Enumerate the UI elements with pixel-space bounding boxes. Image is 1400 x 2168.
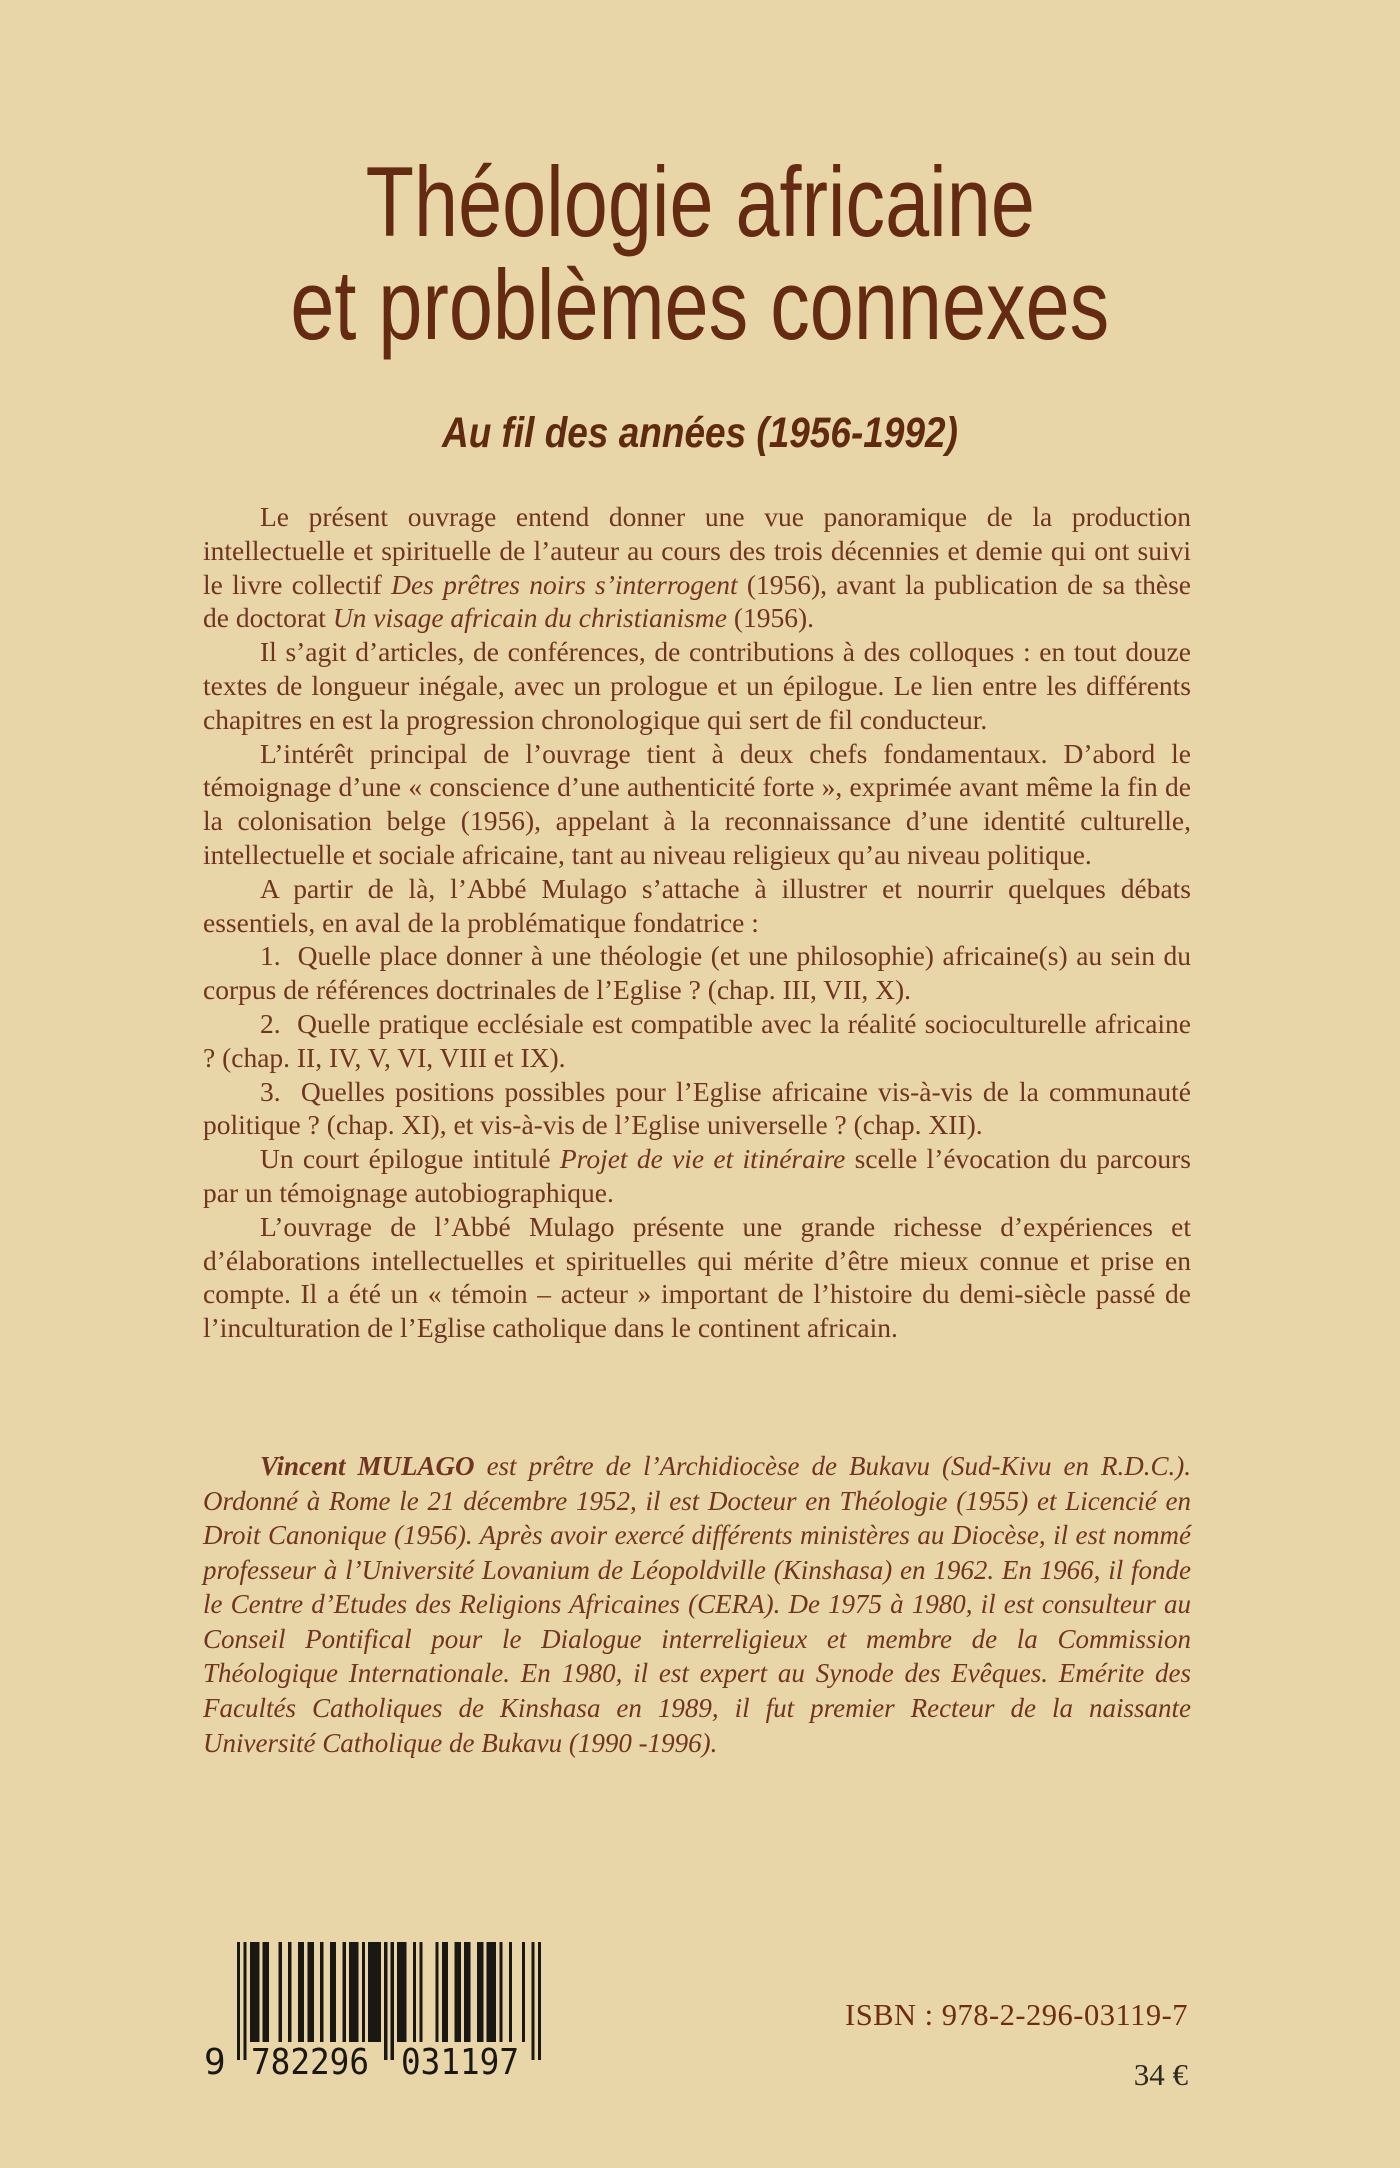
paragraph: 2. Quelle pratique ecclésiale est compat… [203,1007,1191,1075]
isbn-price-block: ISBN : 978-2-296-03119-7 34 € [845,1942,1188,2093]
barcode-digit-group-1: 782296 [251,2042,369,2082]
text-run: Projet de vie et itinéraire [560,1143,846,1174]
text-run: Il s’agit d’articles, de conférences, de… [203,636,1191,735]
isbn-text: ISBN : 978-2-296-03119-7 [845,1998,1188,2033]
paragraph: Il s’agit d’articles, de conférences, de… [203,635,1191,736]
ean13-barcode-graphic: 9 782296 031197 [200,1942,546,2082]
paragraph: Le présent ouvrage entend donner une vue… [203,500,1191,635]
footer: 9 782296 031197 ISBN : 978-2-296-03119-7… [0,1942,1400,2093]
paragraph: L’ouvrage de l’Abbé Mulago présente une … [203,1210,1191,1345]
paragraph: A partir de là, l’Abbé Mulago s’attache … [203,872,1191,940]
text-run: Des prêtres noirs s’interrogent [391,569,738,600]
text-run: est prêtre de l’Archidiocèse de Bukavu (… [203,1451,1191,1758]
text-run: (1956). [727,602,814,633]
barcode-digit-group-2: 031197 [401,2042,519,2082]
barcode-lead-digit: 9 [204,2042,226,2082]
text-run: 3. Quelles positions possibles pour l’Eg… [203,1076,1191,1141]
paragraph: 1. Quelle place donner à une théologie (… [203,939,1191,1007]
paragraph: L’intérêt principal de l’ouvrage tient à… [203,737,1191,872]
text-run: A partir de là, l’Abbé Mulago s’attache … [203,873,1191,938]
barcode: 9 782296 031197 [200,1942,546,2087]
back-cover-blurb: Le présent ouvrage entend donner une vue… [203,500,1191,1345]
paragraph: 3. Quelles positions possibles pour l’Eg… [203,1075,1191,1143]
text-run: 1. Quelle place donner à une théologie (… [203,940,1191,1005]
author-bio: Vincent MULAGO est prêtre de l’Archidioc… [203,1449,1191,1760]
text-run: Vincent MULAGO [260,1451,475,1481]
book-title-line-2: et problèmes connexes [0,253,1400,356]
text-run: L’intérêt principal de l’ouvrage tient à… [203,738,1191,870]
text-run: L’ouvrage de l’Abbé Mulago présente une … [203,1211,1191,1343]
text-run: Un court épilogue intitulé [260,1143,560,1174]
text-run: Un visage africain du christianisme [333,602,727,633]
price-text: 34 € [845,2057,1188,2093]
author-bio-paragraph: Vincent MULAGO est prêtre de l’Archidioc… [203,1449,1191,1760]
book-title-line-1: Théologie africaine [0,150,1400,253]
title-block: Théologie africaine et problèmes connexe… [0,0,1400,456]
text-run: 2. Quelle pratique ecclésiale est compat… [203,1008,1191,1073]
book-back-cover: Théologie africaine et problèmes connexe… [0,0,1400,2168]
paragraph: Un court épilogue intitulé Projet de vie… [203,1142,1191,1210]
book-subtitle: Au fil des années (1956-1992) [0,410,1400,456]
